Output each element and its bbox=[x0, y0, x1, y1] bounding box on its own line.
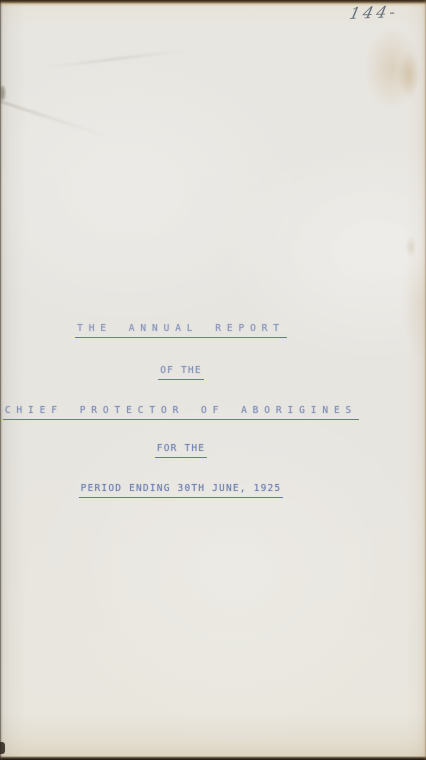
title-line-period-ending: PERIOD ENDING 30TH JUNE, 1925 bbox=[0, 483, 362, 498]
title-line-annual-report: THE ANNUAL REPORT bbox=[0, 323, 362, 338]
title-line-of-the: OF THE bbox=[0, 365, 362, 380]
scan-edge-top bbox=[0, 0, 426, 6]
scanned-document-page: 144- THE ANNUAL REPORT OF THE CHIEF PROT… bbox=[0, 0, 426, 760]
corner-notch bbox=[0, 742, 5, 754]
paper-stain bbox=[398, 52, 420, 98]
title-line-for-the: FOR THE bbox=[0, 443, 362, 458]
title-block: THE ANNUAL REPORT OF THE CHIEF PROTECTOR… bbox=[0, 0, 362, 760]
paper-stain bbox=[406, 236, 416, 258]
scan-edge-bottom bbox=[0, 756, 426, 760]
scan-edge-left bbox=[0, 0, 3, 760]
title-line-chief-protector: CHIEF PROTECTOR OF ABORIGINES bbox=[0, 405, 362, 420]
